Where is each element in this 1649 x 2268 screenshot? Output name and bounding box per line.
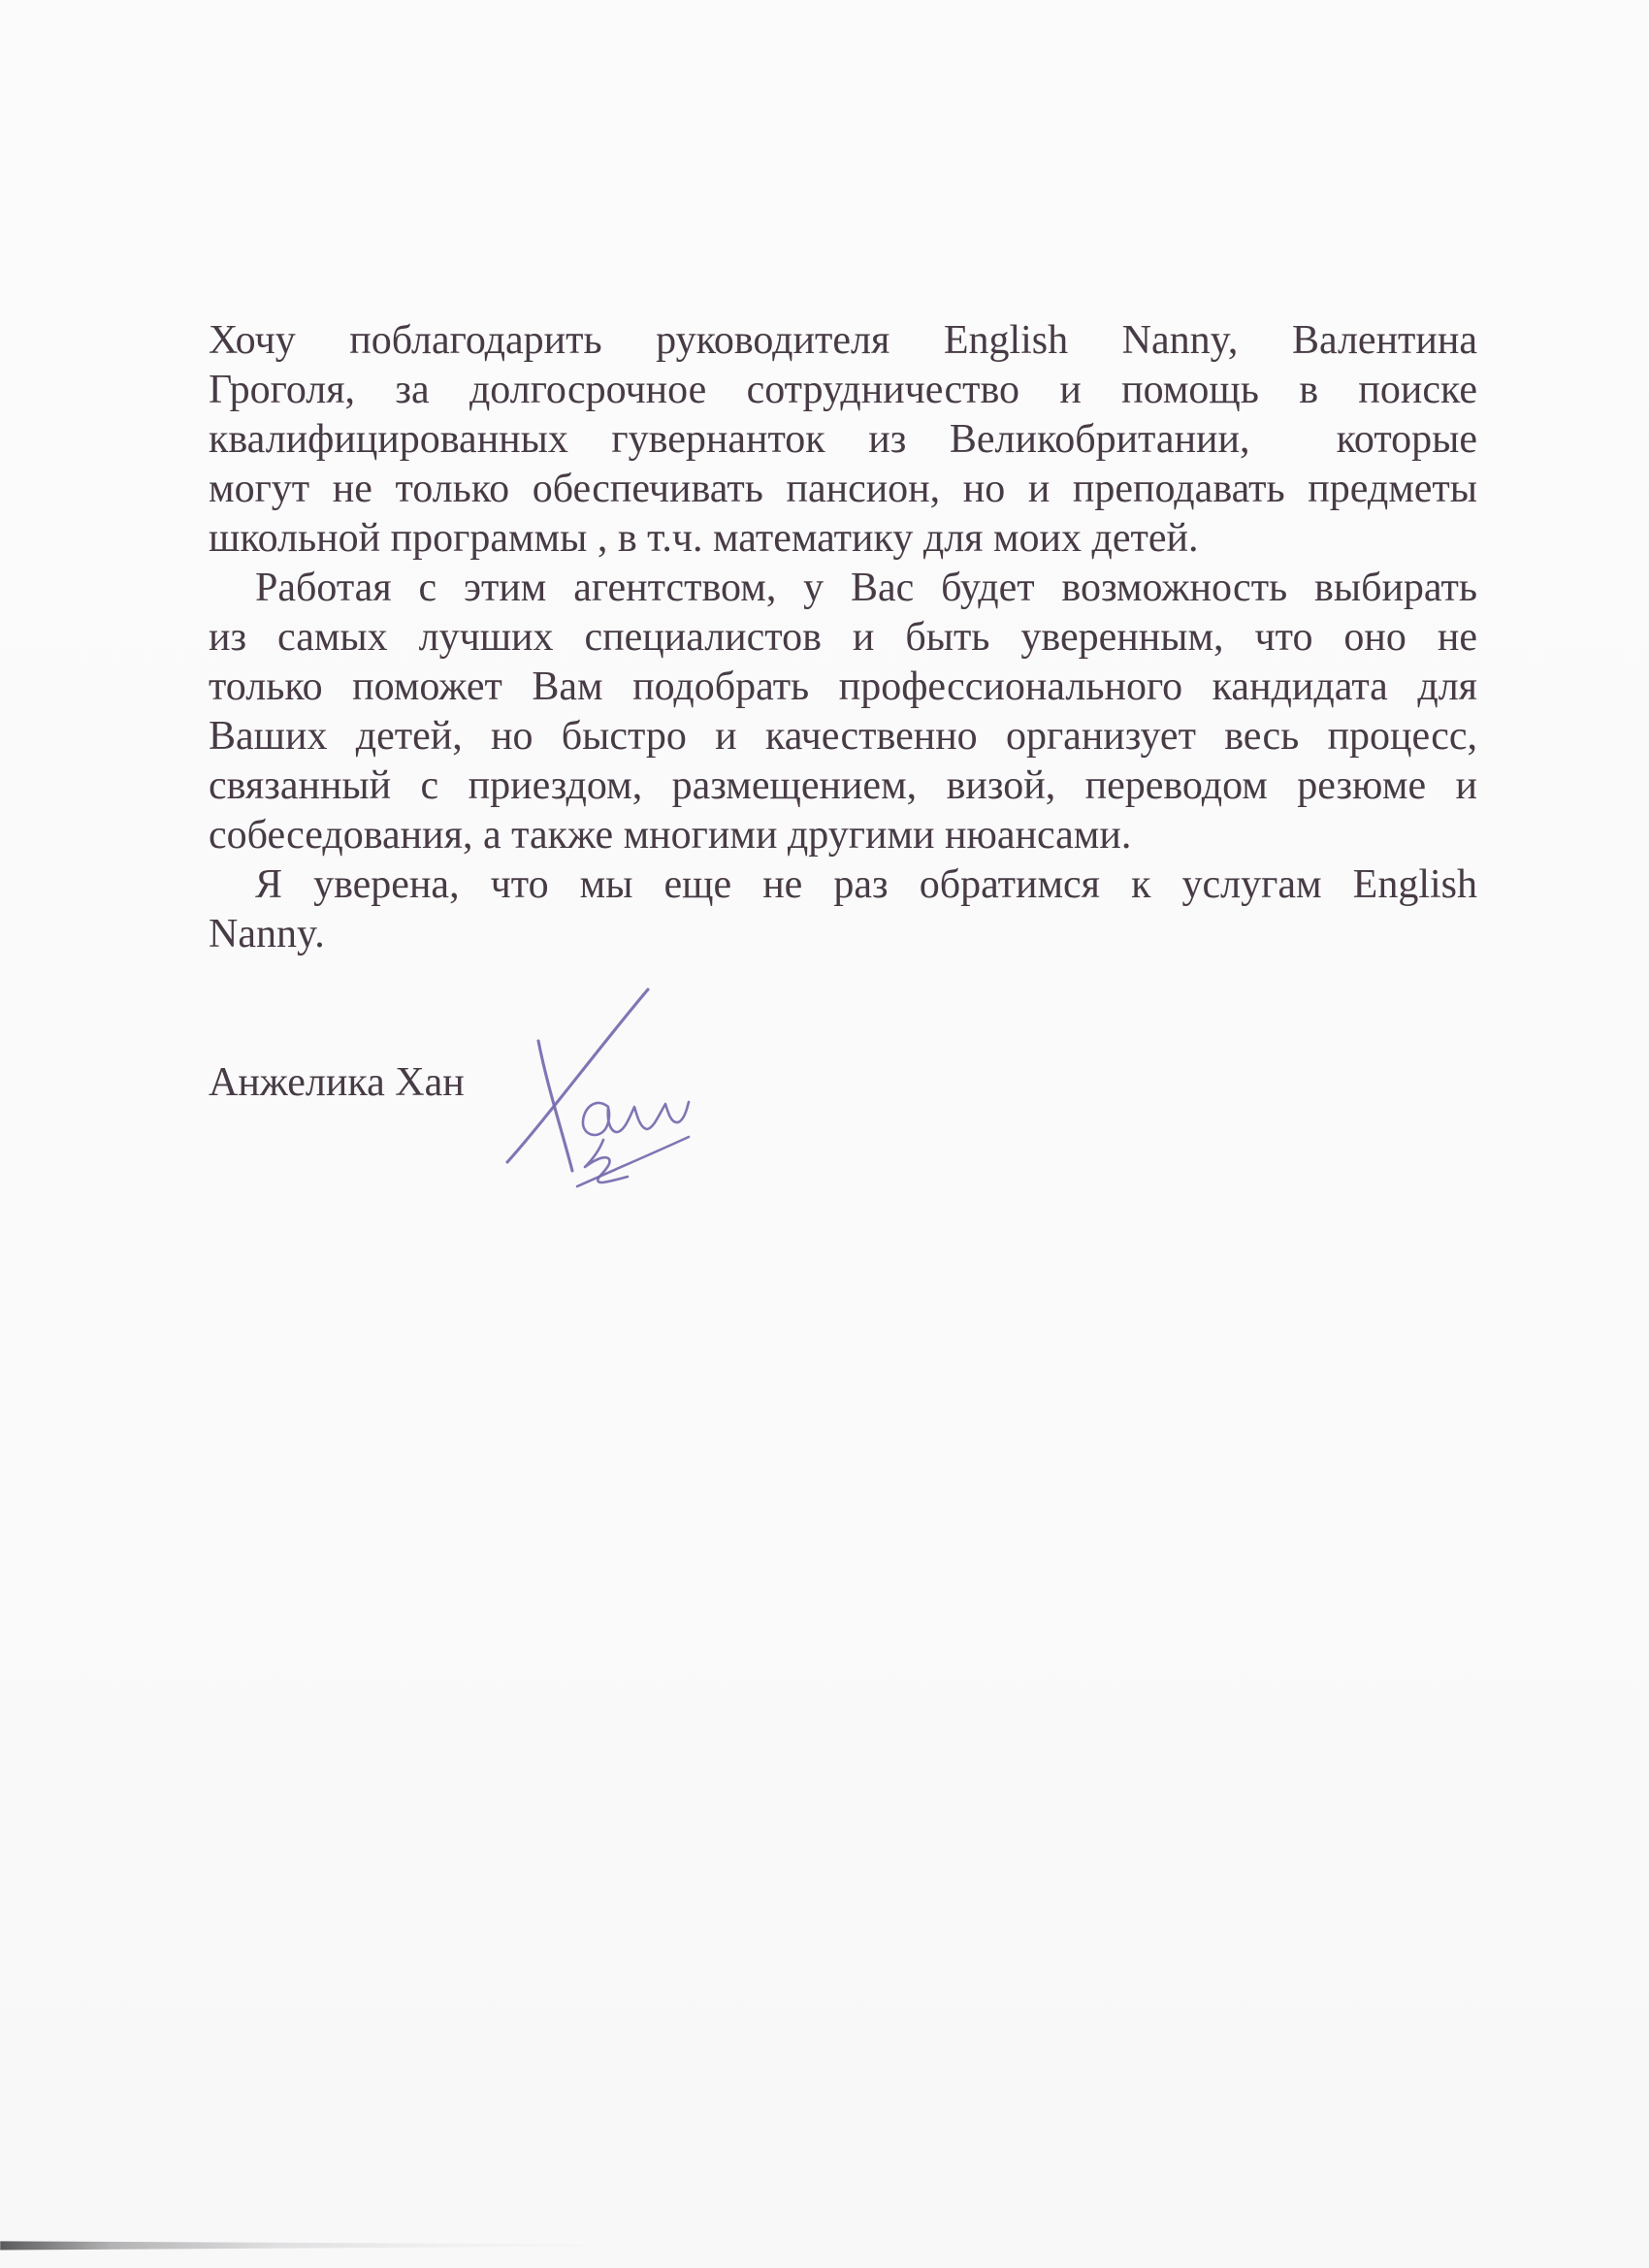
letter-line-11: собеседования, а также многими другими н… bbox=[209, 811, 1477, 860]
letter-line-3: квалифицированных гувернанток из Великоб… bbox=[209, 415, 1477, 465]
letter-line-1: Хочу поблагодарить руководителя English … bbox=[209, 316, 1477, 366]
letter-line-10: связанный с приездом, размещением, визой… bbox=[209, 761, 1477, 811]
letter-page: Хочу поблагодарить руководителя English … bbox=[0, 0, 1649, 2268]
letter-text-block: Хочу поблагодарить руководителя English … bbox=[209, 316, 1477, 959]
letter-line-4: могут не только обеспечивать пансион, но… bbox=[209, 465, 1477, 514]
letter-line-7: из самых лучших специалистов и быть увер… bbox=[209, 613, 1477, 663]
signature-name: Анжелика Хан bbox=[209, 1058, 465, 1108]
letter-line-6: Работая с этим агентством, у Вас будет в… bbox=[209, 564, 1477, 613]
letter-line-2: Гроголя, за долгосрочное сотрудничество … bbox=[209, 366, 1477, 415]
letter-line-8: только поможет Вам подобрать профессиона… bbox=[209, 663, 1477, 712]
letter-line-9: Ваших детей, но быстро и качественно орг… bbox=[209, 712, 1477, 761]
handwritten-signature bbox=[490, 975, 723, 1217]
letter-line-13: Nanny. bbox=[209, 910, 1477, 959]
letter-line-12: Я уверена, что мы еще не раз обратимся к… bbox=[209, 860, 1477, 910]
letter-line-5: школьной программы , в т.ч. математику д… bbox=[209, 514, 1477, 564]
scanner-streak-artifact bbox=[0, 2240, 621, 2251]
